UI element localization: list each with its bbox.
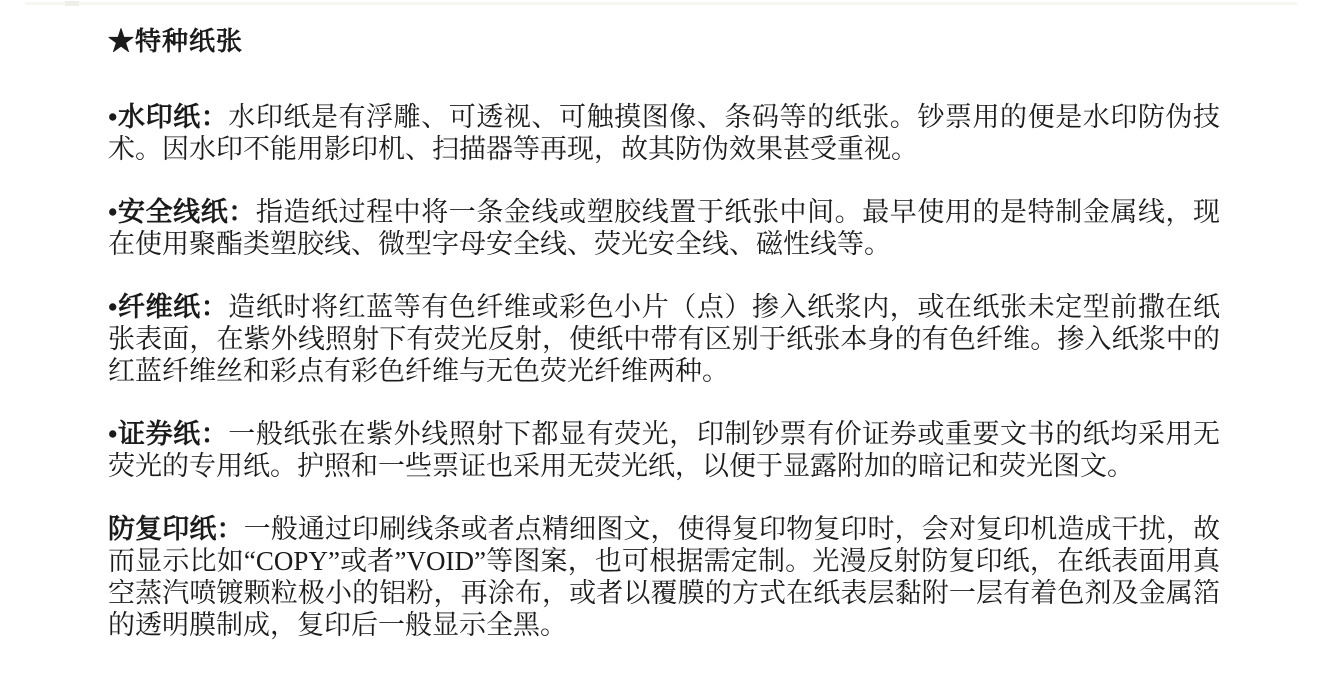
paragraph-fiber-paper: •纤维纸：造纸时将红蓝等有色纤维或彩色小片（点）掺入纸浆内，或在纸张未定型前撒在… [108, 291, 1220, 387]
paragraph-term: •纤维纸： [108, 292, 228, 322]
paragraph-body: 造纸时将红蓝等有色纤维或彩色小片（点）掺入纸浆内，或在纸张未定型前撒在纸张表面，… [108, 292, 1220, 386]
paragraph-security-thread-paper: •安全线纸：指造纸过程中将一条金线或塑胶线置于纸张中间。最早使用的是特制金属线，… [108, 196, 1220, 260]
paragraph-term: •安全线纸： [108, 197, 256, 227]
paragraph-bond-paper: •证券纸：一般纸张在紫外线照射下都显有荧光，印制钞票有价证券或重要文书的纸均采用… [108, 418, 1220, 482]
paragraph-term: 防复印纸： [108, 514, 244, 544]
paragraph-body: 水印纸是有浮雕、可透视、可触摸图像、条码等的纸张。钞票用的便是水印防伪技术。因水… [108, 102, 1220, 164]
paragraph-body: 指造纸过程中将一条金线或塑胶线置于纸张中间。最早使用的是特制金属线，现在使用聚酯… [108, 197, 1220, 259]
paragraph-term: •水印纸： [108, 102, 228, 132]
paragraph-body: 一般纸张在紫外线照射下都显有荧光，印制钞票有价证券或重要文书的纸均采用无荧光的专… [108, 419, 1220, 481]
paragraph-term: •证券纸： [108, 419, 228, 449]
document-page: ★特种纸张 •水印纸：水印纸是有浮雕、可透视、可触摸图像、条码等的纸张。钞票用的… [0, 0, 1322, 641]
page-top-edge [25, 2, 1297, 5]
document-title: ★特种纸张 [108, 26, 1220, 58]
paragraph-watermark-paper: •水印纸：水印纸是有浮雕、可透视、可触摸图像、条码等的纸张。钞票用的便是水印防伪… [108, 101, 1220, 165]
paragraph-body: 一般通过印刷线条或者点精细图文，使得复印物复印时，会对复印机造成干扰，故而显示比… [108, 514, 1220, 640]
page-top-mark [65, 1, 79, 6]
paragraph-anti-copy-paper: 防复印纸：一般通过印刷线条或者点精细图文，使得复印物复印时，会对复印机造成干扰，… [108, 513, 1220, 641]
